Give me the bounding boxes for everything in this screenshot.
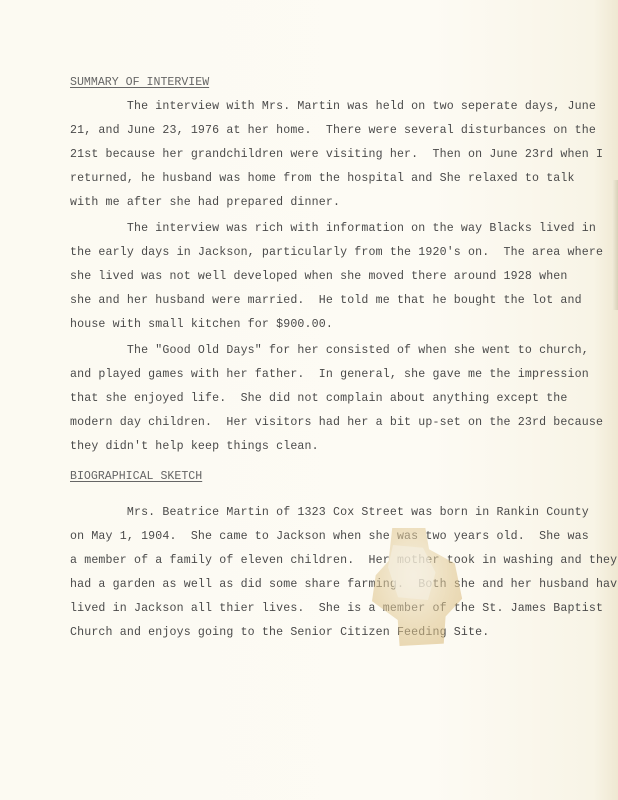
text-line: modern day children. Her visitors had he… — [70, 416, 603, 429]
text-line: house with small kitchen for $900.00. — [70, 318, 333, 331]
text-line: a member of a family of eleven children.… — [70, 554, 617, 567]
section-heading-biographical: BIOGRAPHICAL SKETCH — [70, 470, 202, 483]
text-line: she lived was not well developed when sh… — [70, 270, 568, 283]
text-line: the early days in Jackson, particularly … — [70, 246, 603, 259]
text-line: 21st because her grandchildren were visi… — [70, 148, 603, 161]
text-line: Mrs. Beatrice Martin of 1323 Cox Street … — [70, 506, 589, 519]
text-line: lived in Jackson all thier lives. She is… — [70, 602, 603, 615]
text-line: The "Good Old Days" for her consisted of… — [70, 344, 589, 357]
section-heading-summary: SUMMARY OF INTERVIEW — [70, 76, 209, 89]
summary-body: The interview with Mrs. Martin was held … — [70, 100, 84, 308]
text-line: The interview with Mrs. Martin was held … — [70, 100, 596, 113]
text-line: she and her husband were married. He tol… — [70, 294, 582, 307]
text-line: had a garden as well as did some share f… — [70, 578, 618, 591]
text-line: The interview was rich with information … — [70, 222, 596, 235]
text-line: on May 1, 1904. She came to Jackson when… — [70, 530, 589, 543]
text-line: with me after she had prepared dinner. — [70, 196, 340, 209]
biographical-body: Mrs. Beatrice Martin of 1323 Cox Street … — [70, 506, 84, 597]
text-line: that she enjoyed life. She did not compl… — [70, 392, 568, 405]
text-line: and played games with her father. In gen… — [70, 368, 589, 381]
page-edge-fold — [612, 180, 618, 310]
text-line: they didn't help keep things clean. — [70, 440, 319, 453]
text-line: returned, he husband was home from the h… — [70, 172, 575, 185]
text-line: 21, and June 23, 1976 at her home. There… — [70, 124, 596, 137]
